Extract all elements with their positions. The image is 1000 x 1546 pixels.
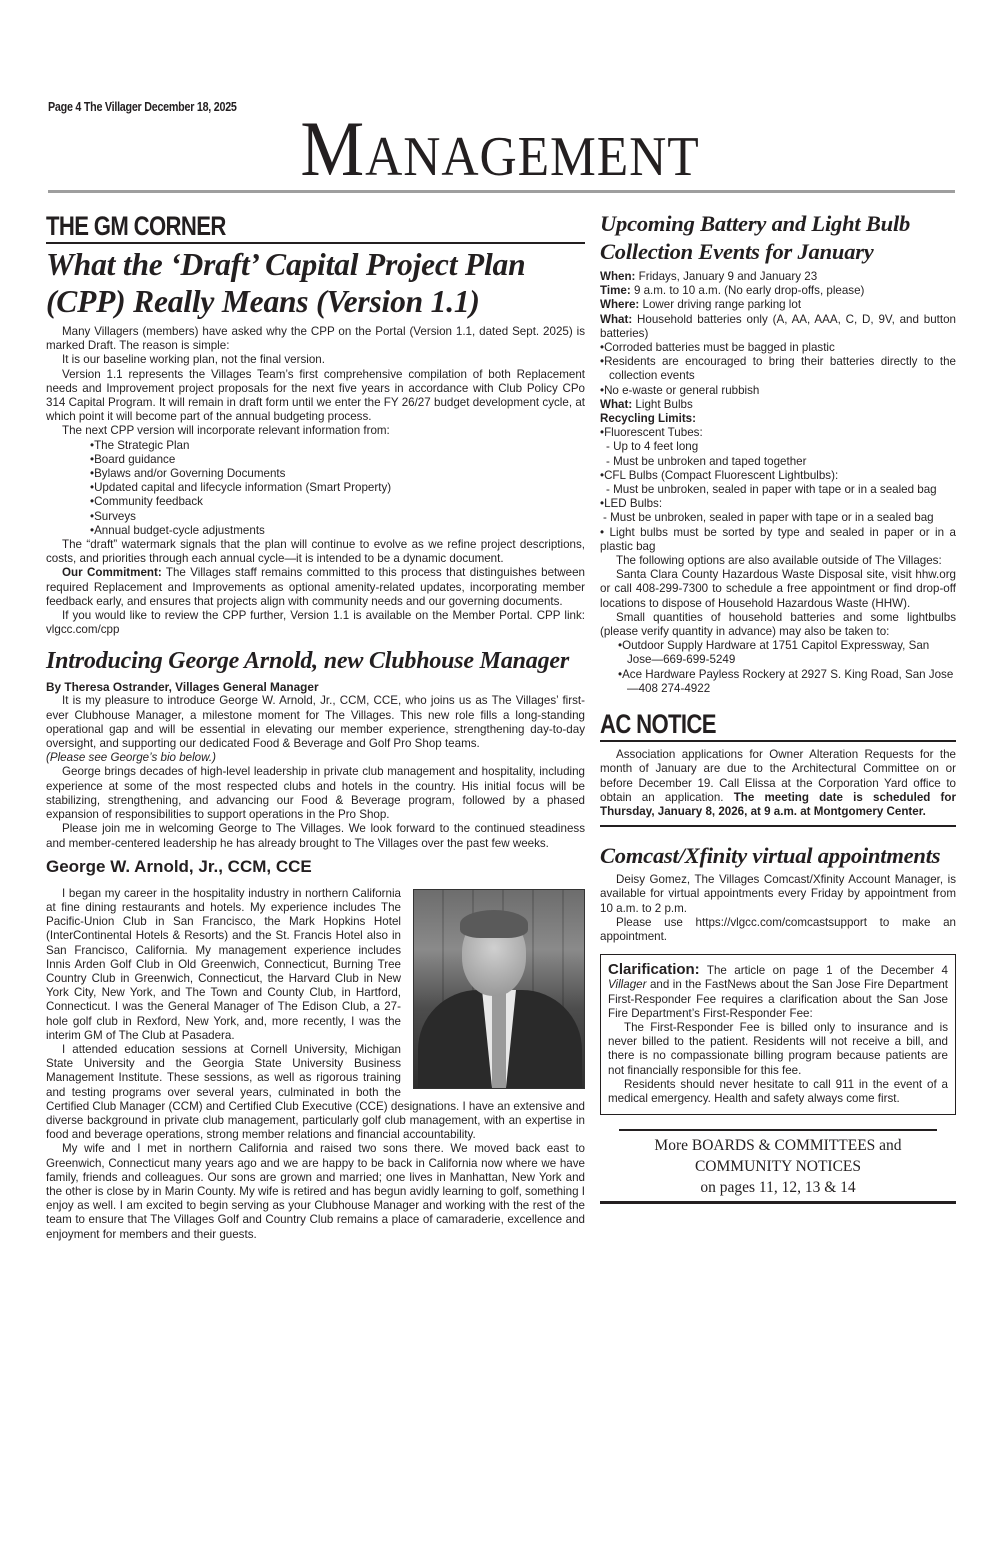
paragraph: My wife and I met in northern California… bbox=[46, 1142, 585, 1241]
paragraph: Version 1.1 represents the Villages Team… bbox=[46, 368, 585, 425]
paragraph: Deisy Gomez, The Villages Comcast/Xfinit… bbox=[600, 873, 956, 916]
collection-article: Upcoming Battery and Light Bulb Collecti… bbox=[600, 210, 956, 696]
list-item: Surveys bbox=[90, 510, 585, 524]
clarification-lead: Clarification: The article on page 1 of … bbox=[608, 963, 948, 1021]
list-item: Community feedback bbox=[90, 495, 585, 509]
collection-body: When: Fridays, January 9 and January 23 … bbox=[600, 270, 956, 696]
right-column: Upcoming Battery and Light Bulb Collecti… bbox=[600, 210, 956, 1204]
intro-article: Introducing George Arnold, new Clubhouse… bbox=[46, 646, 585, 850]
list-item: CFL Bulbs (Compact Fluorescent Lightbulb… bbox=[600, 469, 956, 483]
commitment-paragraph: Our Commitment: The Villages staff remai… bbox=[46, 566, 585, 609]
masthead-initial: M bbox=[300, 105, 365, 192]
sub-item: - Must be unbroken and taped together bbox=[600, 455, 956, 469]
sub-item: - Must be unbroken, sealed in paper with… bbox=[600, 483, 956, 497]
what-batteries-line: What: Household batteries only (A, AA, A… bbox=[600, 313, 956, 341]
byline: By Theresa Ostrander, Villages General M… bbox=[46, 680, 585, 694]
comcast-headline: Comcast/Xfinity virtual appointments bbox=[600, 842, 956, 870]
paragraph: George brings decades of high-level lead… bbox=[46, 765, 585, 822]
paragraph: Santa Clara County Hazardous Waste Dispo… bbox=[600, 568, 956, 611]
comcast-body: Deisy Gomez, The Villages Comcast/Xfinit… bbox=[600, 873, 956, 944]
list-item: Fluorescent Tubes: bbox=[600, 426, 956, 440]
list-item: Outdoor Supply Hardware at 1751 Capitol … bbox=[618, 639, 956, 667]
sorted-line: • Light bulbs must be sorted by type and… bbox=[600, 526, 956, 554]
paragraph: Association applications for Owner Alter… bbox=[600, 748, 956, 819]
list-item: Bylaws and/or Governing Documents bbox=[90, 467, 585, 481]
gm-corner-kicker: THE GM CORNER bbox=[46, 210, 488, 242]
portrait-photo bbox=[413, 889, 585, 1089]
sub-item: - Up to 4 feet long bbox=[600, 440, 956, 454]
bio-article: George W. Arnold, Jr., CCM, CCE I began … bbox=[46, 856, 585, 1242]
list-item: Residents are encouraged to bring their … bbox=[600, 355, 956, 383]
cpp-sources-list: The Strategic Plan Board guidance Bylaws… bbox=[46, 439, 585, 538]
paragraph: It is our baseline working plan, not the… bbox=[46, 353, 585, 367]
bio-note: (Please see George’s bio below.) bbox=[46, 751, 585, 765]
paragraph: It is my pleasure to introduce George W.… bbox=[46, 694, 585, 751]
paragraph: The “draft” watermark signals that the p… bbox=[46, 538, 585, 566]
paragraph: Please use https://vlgcc.com/comcastsupp… bbox=[600, 916, 956, 944]
stores-list: Outdoor Supply Hardware at 1751 Capitol … bbox=[600, 639, 956, 696]
more-notices-box: More BOARDS & COMMITTEES and COMMUNITY N… bbox=[600, 1129, 956, 1204]
ac-notice: AC NOTICE Association applications for O… bbox=[600, 708, 956, 827]
list-item: Updated capital and lifecycle informatio… bbox=[90, 481, 585, 495]
paragraph: Please join me in welcoming George to Th… bbox=[46, 822, 585, 850]
list-item: The Strategic Plan bbox=[90, 439, 585, 453]
recycling-limits-label: Recycling Limits: bbox=[600, 412, 956, 426]
intro-body: It is my pleasure to introduce George W.… bbox=[46, 694, 585, 850]
ac-notice-kicker: AC NOTICE bbox=[600, 708, 892, 740]
gm-corner-body: Many Villagers (members) have asked why … bbox=[46, 325, 585, 637]
time-line: Time: 9 a.m. to 10 a.m. (No early drop-o… bbox=[600, 284, 956, 298]
rule bbox=[600, 1201, 956, 1204]
gm-corner-article: THE GM CORNER What the ‘Draft’ Capital P… bbox=[46, 210, 585, 637]
list-item: Annual budget-cycle adjustments bbox=[90, 524, 585, 538]
when-line: When: Fridays, January 9 and January 23 bbox=[600, 270, 956, 284]
ac-notice-body: Association applications for Owner Alter… bbox=[600, 748, 956, 819]
comcast-article: Comcast/Xfinity virtual appointments Dei… bbox=[600, 842, 956, 944]
paragraph: Small quantities of household batteries … bbox=[600, 611, 956, 639]
paragraph: The following options are also available… bbox=[600, 554, 956, 568]
masthead-rest: ANAGEMENT bbox=[365, 126, 700, 188]
list-item: LED Bulbs: bbox=[600, 497, 956, 511]
kicker-rule bbox=[600, 740, 956, 742]
more-line-2: COMMUNITY NOTICES bbox=[600, 1156, 956, 1177]
collection-headline: Upcoming Battery and Light Bulb Collecti… bbox=[600, 210, 956, 266]
list-item: Ace Hardware Payless Rockery at 2927 S. … bbox=[618, 668, 956, 696]
more-line-3: on pages 11, 12, 13 & 14 bbox=[600, 1177, 956, 1198]
intro-headline: Introducing George Arnold, new Clubhouse… bbox=[46, 646, 585, 676]
section-masthead: MANAGEMENT bbox=[40, 112, 960, 194]
cpp-link-paragraph: If you would like to review the CPP furt… bbox=[46, 609, 585, 637]
where-line: Where: Lower driving range parking lot bbox=[600, 298, 956, 312]
recycling-limits-list: Fluorescent Tubes: bbox=[600, 426, 956, 440]
commitment-label: Our Commitment: bbox=[62, 566, 162, 579]
bio-body: I began my career in the hospitality ind… bbox=[46, 887, 585, 1242]
section-rule bbox=[600, 825, 956, 827]
masthead-rule bbox=[48, 190, 955, 193]
paragraph: The next CPP version will incorporate re… bbox=[46, 424, 585, 438]
kicker-rule bbox=[46, 242, 585, 244]
list-item: Board guidance bbox=[90, 453, 585, 467]
rule bbox=[619, 1129, 937, 1131]
paragraph: The First-Responder Fee is billed only t… bbox=[608, 1021, 948, 1078]
clarification-label: Clarification: bbox=[608, 961, 700, 978]
sub-item: - Must be unbroken, sealed in paper with… bbox=[600, 511, 956, 525]
paragraph: Residents should never hesitate to call … bbox=[608, 1078, 948, 1106]
list-item: No e-waste or general rubbish bbox=[600, 384, 956, 398]
clarification-box: Clarification: The article on page 1 of … bbox=[600, 954, 956, 1115]
gm-corner-headline: What the ‘Draft’ Capital Project Plan (C… bbox=[46, 246, 585, 320]
list-item: Corroded batteries must be bagged in pla… bbox=[600, 341, 956, 355]
bio-headline: George W. Arnold, Jr., CCM, CCE bbox=[46, 856, 585, 878]
what-bulbs-line: What: Light Bulbs bbox=[600, 398, 956, 412]
left-column: THE GM CORNER What the ‘Draft’ Capital P… bbox=[46, 210, 585, 1242]
more-line-1: More BOARDS & COMMITTEES and bbox=[600, 1135, 956, 1156]
battery-rules-list: Corroded batteries must be bagged in pla… bbox=[600, 341, 956, 398]
paragraph: Many Villagers (members) have asked why … bbox=[46, 325, 585, 353]
